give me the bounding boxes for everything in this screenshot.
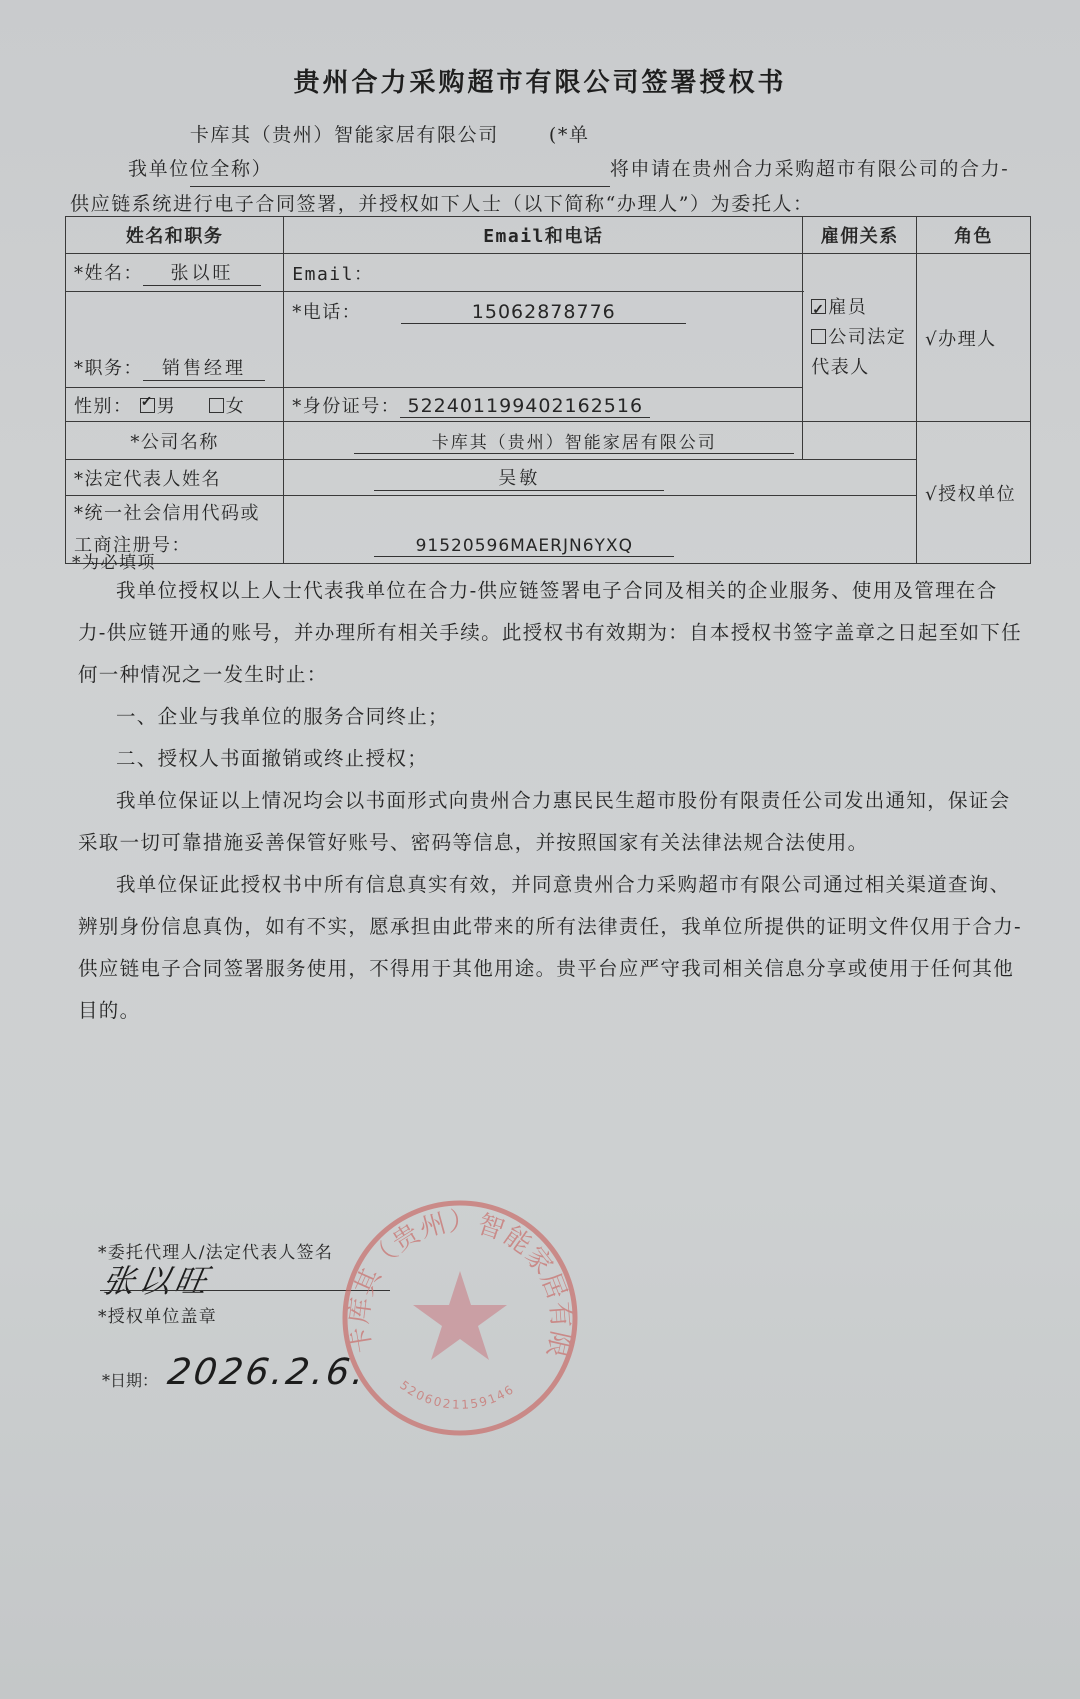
header-role: 角色 (917, 217, 1031, 254)
checkbox-empty-icon (811, 329, 826, 344)
role-unit-cell: √授权单位 (917, 422, 1031, 564)
credit-code-cell: 91520596MAERJN6YXQ (284, 496, 917, 564)
company-name-label: *公司名称 (66, 422, 284, 460)
legal-rep-field: 吴敏 (374, 464, 664, 491)
paragraph-condition-1: 一、企业与我单位的服务合同终止； (78, 696, 1023, 738)
id-cell: *身份证号：522401199402162516 (284, 388, 803, 422)
phone-label: *电话： (292, 302, 361, 323)
employment-cell: 雇员 公司法定代表人 (803, 254, 917, 422)
stamp-label: *授权单位盖章 (98, 1302, 217, 1327)
company-name-cell: 卡库其（贵州）智能家居有限公司 (284, 422, 803, 460)
svg-text:5206021159146: 5206021159146 (397, 1378, 517, 1412)
id-label: *身份证号： (292, 396, 400, 417)
employment-option-employee: 雇员 (811, 293, 908, 323)
intro-paragraph: 我单位卡库其（贵州）智能家居有限公司(*单位全称）将申请在贵州合力采购超市有限公… (70, 118, 1020, 221)
checkbox-checked-icon (811, 299, 826, 314)
authorization-letter-page: 贵州合力采购超市有限公司签署授权书 我单位卡库其（贵州）智能家居有限公司(*单位… (0, 0, 1080, 1699)
date-label: *日期： (102, 1368, 158, 1391)
paragraph-condition-2: 二、授权人书面撤销或终止授权； (78, 738, 1023, 780)
gender-cell: 性别： 男 女 (66, 388, 284, 422)
agent-info-table: 姓名和职务 Email和电话 雇佣关系 角色 *姓名：张以旺 Email： 雇员… (65, 216, 1031, 564)
unit-full-name-field: 卡库其（贵州）智能家居有限公司(*单位全称） (190, 118, 610, 187)
checkbox-empty-icon (209, 398, 224, 413)
phone-cell: *电话：15062878776 (284, 292, 803, 388)
paragraph-authorization: 我单位授权以上人士代表我单位在合力-供应链签署电子合同及相关的企业服务、使用及管… (78, 570, 1023, 696)
header-email-phone: Email和电话 (284, 217, 803, 254)
id-field: 522401199402162516 (400, 395, 650, 418)
paragraph-guarantee-truth: 我单位保证此授权书中所有信息真实有效，并同意贵州合力采购超市有限公司通过相关渠道… (78, 864, 1023, 1032)
title-cell: *职务：销售经理 (66, 292, 284, 388)
email-cell: Email： (284, 254, 803, 292)
paragraph-guarantee-notice: 我单位保证以上情况均会以书面形式向贵州合力惠民民生超市股份有限责任公司发出通知，… (78, 780, 1023, 864)
document-title: 贵州合力采购超市有限公司签署授权书 (0, 62, 1080, 99)
legal-rep-label: *法定代表人姓名 (66, 460, 284, 496)
credit-code-field: 91520596MAERJN6YXQ (374, 536, 674, 557)
company-seal-icon: 卡库其（贵州）智能家居有限公司 5206021159146 (335, 1193, 585, 1443)
name-field: 张以旺 (143, 259, 261, 286)
email-label: Email： (292, 264, 373, 285)
intro-prefix: 我单位 (128, 158, 190, 180)
gender-female: 女 (226, 396, 246, 417)
employment-option-legal-rep: 公司法定代表人 (811, 323, 908, 383)
name-cell: *姓名：张以旺 (66, 254, 284, 292)
authorization-body: 我单位授权以上人士代表我单位在合力-供应链签署电子合同及相关的企业服务、使用及管… (78, 570, 1023, 1032)
empty-cell (803, 422, 917, 460)
header-employment: 雇佣关系 (803, 217, 917, 254)
header-name-title: 姓名和职务 (66, 217, 284, 254)
phone-field: 15062878776 (401, 301, 686, 324)
handwritten-signature: 张以旺 (99, 1256, 215, 1302)
company-name-field: 卡库其（贵州）智能家居有限公司 (354, 428, 794, 454)
role-person-cell: √办理人 (917, 254, 1031, 422)
checkbox-checked-icon (140, 398, 155, 413)
gender-male: 男 (157, 396, 177, 417)
legal-rep-cell: 吴敏 (284, 460, 917, 496)
title-field: 销售经理 (143, 354, 265, 381)
